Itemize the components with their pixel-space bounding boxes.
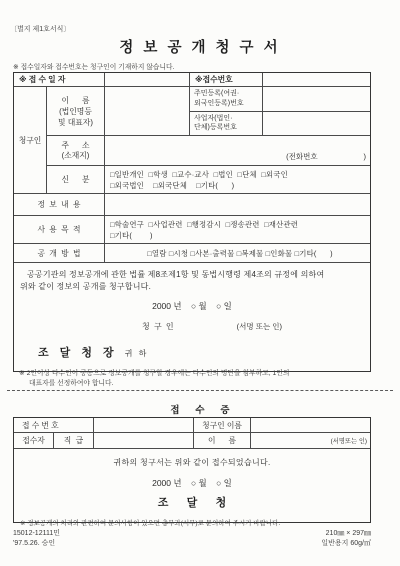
statement-date: 2000 년 ○ 월 ○ 일 (14, 300, 370, 312)
receiver-signature-note: (서명또는 인) (331, 436, 367, 445)
claimant-name-field[interactable] (251, 418, 370, 432)
receipt-date-line: 2000 년 ○ 월 ○ 일 (14, 477, 370, 489)
status-row: 신 분 □일반개인 □학생 □교수·교사 □법인 □단체 □외국인 □외국법인 … (47, 166, 370, 193)
receiver-label: 접수자 (14, 433, 54, 448)
method-checkbox-group[interactable]: □열람 □시청 □사본·출력물 □복제물 □인화물 □기타( ) (105, 244, 370, 262)
purpose-options-line2[interactable]: □기타( ) (110, 230, 153, 241)
purpose-checkbox-group[interactable]: □학술연구 □사업관련 □행정감시 □쟁송관련 □재산관련 □기타( ) (105, 216, 370, 243)
receiver-name-label: 이 름 (194, 433, 251, 448)
claimant-label: 청구인 (14, 87, 47, 193)
addressee-honorific: 귀 하 (125, 348, 149, 359)
status-options-line1[interactable]: □일반개인 □학생 □교수·교사 □법인 □단체 □외국인 (110, 169, 288, 180)
info-content-row: 정 보 내 용 (14, 194, 370, 216)
addressee-row: 조 달 청 장 귀 하 (38, 344, 370, 360)
receiver-row: 접수자 직 급 이 름 (서명또는 인) (14, 433, 370, 449)
receipt-date-field[interactable] (105, 73, 190, 86)
claimant-name-label: 청구인 이름 (194, 418, 251, 432)
receipt-title: 접 수 증 (0, 402, 400, 416)
addressee-title: 조 달 청 장 (38, 344, 118, 360)
receipt-no-row: 접 수 번 호 청구인 이름 (14, 418, 370, 433)
receipt-no-label: ※접수번호 (190, 73, 263, 86)
claimant-signature-row: 청 구 인 (서명 또는 인) (14, 321, 370, 332)
name-field[interactable] (105, 87, 190, 135)
cut-line-divider (7, 390, 393, 391)
statement-section: 공공기관의 정보공개에 관한 법률 제8조제1항 및 동법시행령 제4조의 규정… (14, 269, 370, 376)
purpose-options-line1[interactable]: □학술연구 □사업관련 □행정감시 □쟁송관련 □재산관련 (110, 219, 298, 230)
info-content-field[interactable] (105, 194, 370, 215)
resident-no-field[interactable] (263, 87, 370, 111)
page-title: 정 보 공 개 청 구 서 (0, 36, 400, 57)
purpose-row: 사 용 목 적 □학술연구 □사업관련 □행정감시 □쟁송관련 □재산관련 □기… (14, 216, 370, 244)
method-label: 공 개 방 법 (14, 244, 105, 262)
footer-paper-info: 210㎜ × 297㎜ 일반용지 60g/㎡ (321, 529, 371, 549)
receiver-name-field[interactable]: (서명또는 인) (251, 433, 370, 448)
name-label: 이 름 (법인명등 및 대표자) (47, 87, 105, 135)
receipt-no-field[interactable] (263, 73, 370, 86)
top-instruction-note: ※ 접수일자와 접수번호는 청구인이 기재하지 않습니다. (13, 61, 174, 71)
phone-number-note: (전화번호 ) (286, 151, 366, 162)
request-form-table: ※ 접 수 일 자 ※접수번호 청구인 이 름 (법인명등 및 대표자) (13, 72, 371, 372)
footer-paper-size: 210㎜ × 297㎜ (321, 529, 371, 539)
page-footer: 15012-12111민 '97.5.26. 승인 210㎜ × 297㎜ 일반… (13, 529, 371, 549)
receipt-meta-row: ※ 접 수 일 자 ※접수번호 (14, 73, 370, 87)
method-row: 공 개 방 법 □열람 □시청 □사본·출력물 □복제물 □인화물 □기타( ) (14, 244, 370, 263)
status-label: 신 분 (47, 166, 105, 193)
address-row: 주 소 (소재지) (전화번호 ) (47, 136, 370, 166)
purpose-label: 사 용 목 적 (14, 216, 105, 243)
receipt-inquiry-note: ※ 정보공개의 처리와 관련하여 문의사항이 있으면 총무과(서무)로 문의하여… (20, 518, 364, 527)
statement-body: 공공기관의 정보공개에 관한 법률 제8조제1항 및 동법시행령 제4조의 규정… (20, 269, 364, 292)
footer-paper-type: 일반용지 60g/㎡ (321, 539, 371, 549)
footer-doc-number: 15012-12111민 (13, 529, 60, 539)
name-row: 이 름 (법인명등 및 대표자) 주민등록(여권· 외국인등록)번호 (47, 87, 370, 136)
receipt-table: 접 수 번 호 청구인 이름 접수자 직 급 이 름 (서명또는 인) 귀하의 … (13, 417, 371, 523)
receipt-stub-no-field[interactable] (94, 418, 194, 432)
method-options[interactable]: □열람 □시청 □사본·출력물 □복제물 □인화물 □기타( ) (147, 248, 333, 259)
form-annex-tag: 〔별지 제1호서식〕 (10, 24, 70, 34)
status-options-line2[interactable]: □외국법인 □외국단체 □기타( ) (110, 180, 234, 191)
business-no-row: 사업자(법인· 단체)등록번호 (190, 112, 370, 136)
issuing-agency: 조 달 청 (14, 494, 370, 510)
status-checkbox-group[interactable]: □일반개인 □학생 □교수·교사 □법인 □단체 □외국인 □외국법인 □외국단… (105, 166, 370, 193)
address-label: 주 소 (소재지) (47, 136, 105, 165)
claimant-sign-label: 청 구 인 (142, 321, 175, 332)
multi-claimant-note: ※ 2인이상 다수인이 공동으로 정보공개를 청구할 경우에는 다수인의 명단을… (19, 369, 362, 388)
resident-no-row: 주민등록(여권· 외국인등록)번호 (190, 87, 370, 112)
business-no-field[interactable] (263, 112, 370, 136)
receipt-stub-no-label: 접 수 번 호 (14, 418, 94, 432)
form-page: 〔별지 제1호서식〕 정 보 공 개 청 구 서 ※ 접수일자와 접수번호는 청… (0, 0, 400, 566)
address-field[interactable]: (전화번호 ) (105, 136, 370, 165)
business-no-label: 사업자(법인· 단체)등록번호 (190, 112, 263, 136)
footer-approval-date: '97.5.26. 승인 (13, 539, 60, 549)
footer-doc-info: 15012-12111민 '97.5.26. 승인 (13, 529, 60, 549)
receipt-confirmation-text: 귀하의 청구서는 위와 같이 접수되었습니다. (14, 457, 370, 468)
receipt-confirmation-section: 귀하의 청구서는 위와 같이 접수되었습니다. 2000 년 ○ 월 ○ 일 조… (14, 457, 370, 529)
claimant-section: 청구인 이 름 (법인명등 및 대표자) 주민등록(여권· 외국인등록)번호 (14, 87, 370, 194)
info-content-label: 정 보 내 용 (14, 194, 105, 215)
receiver-rank-label: 직 급 (54, 433, 94, 448)
receiver-rank-field[interactable] (94, 433, 194, 448)
receipt-date-label: ※ 접 수 일 자 (14, 73, 105, 86)
signature-note: (서명 또는 인) (237, 321, 282, 332)
resident-no-label: 주민등록(여권· 외국인등록)번호 (190, 87, 263, 111)
